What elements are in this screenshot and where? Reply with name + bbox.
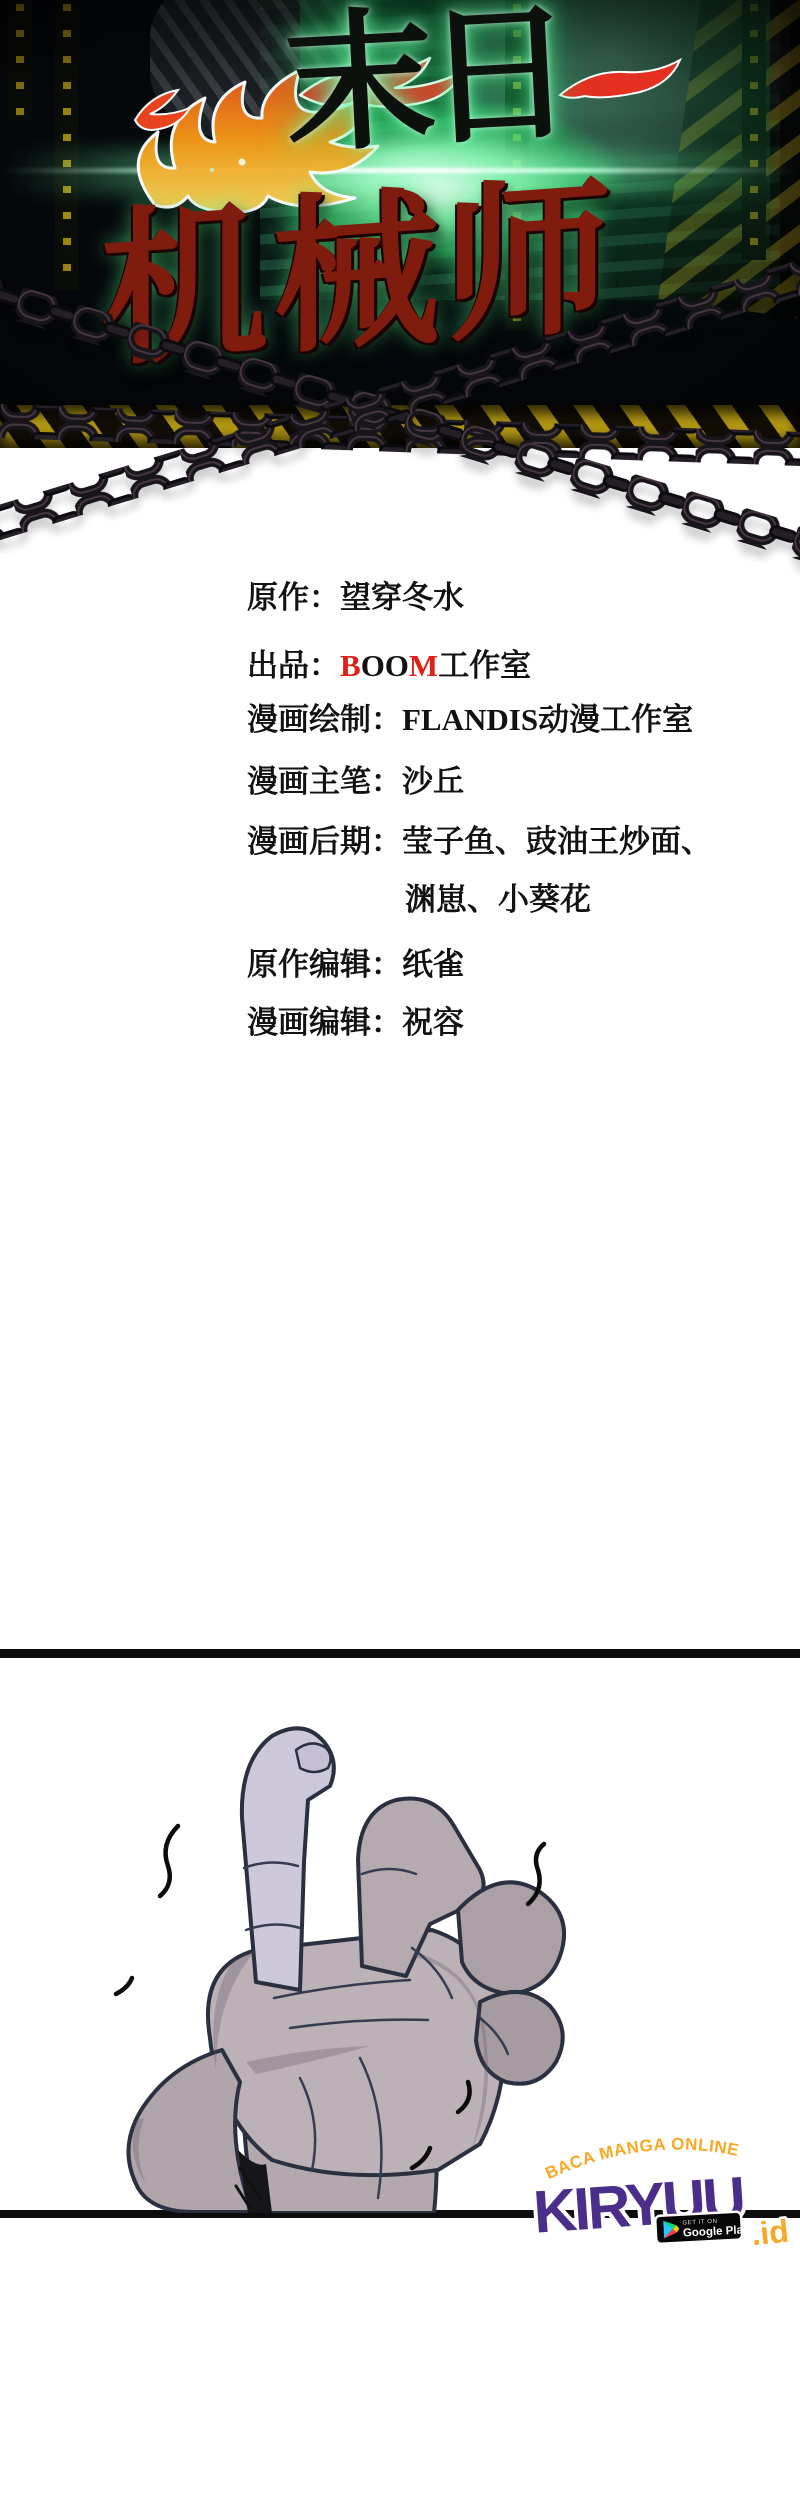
credit-producer-b: B: [340, 648, 361, 683]
credit-producer-label: 出品：: [247, 648, 340, 683]
crossed-chains-graphic: [0, 230, 800, 590]
hand-illustration: [60, 1698, 580, 2213]
section-divider-line: [0, 1649, 800, 1658]
google-play-badge: GET IT ON Google Play: [655, 2211, 750, 2244]
credit-producer-m: M: [409, 648, 438, 683]
credit-comic-editor: 漫画编辑：祝容: [247, 1003, 464, 1043]
credit-producer: 出品：BOOM工作室: [247, 646, 531, 686]
credit-producer-studio: 工作室: [438, 648, 531, 683]
credit-art-studio: 漫画绘制：FLANDIS动漫工作室: [247, 700, 693, 740]
credit-lead-artist: 漫画主笔：沙丘: [247, 762, 464, 802]
credit-producer-oo: OO: [361, 648, 409, 683]
series-title-top: 末日: [281, 0, 568, 163]
watermark-suffix-text: .id: [750, 2213, 791, 2253]
credit-post-production-cont: 渊崽、小葵花: [405, 880, 591, 920]
credit-post-production: 漫画后期：莹子鱼、豉油王炒面、: [247, 822, 712, 862]
credit-original-editor: 原作编辑：纸雀: [247, 945, 464, 985]
manga-cover-page: 末日 机械师 原作：望穿冬水 出品：BOOM工作室 漫画绘制：FLANDIS动漫…: [0, 0, 800, 2500]
kiryuu-watermark-logo: BACA MANGA ONLINE KIRYUU .id GET IT ON G…: [515, 2120, 800, 2270]
